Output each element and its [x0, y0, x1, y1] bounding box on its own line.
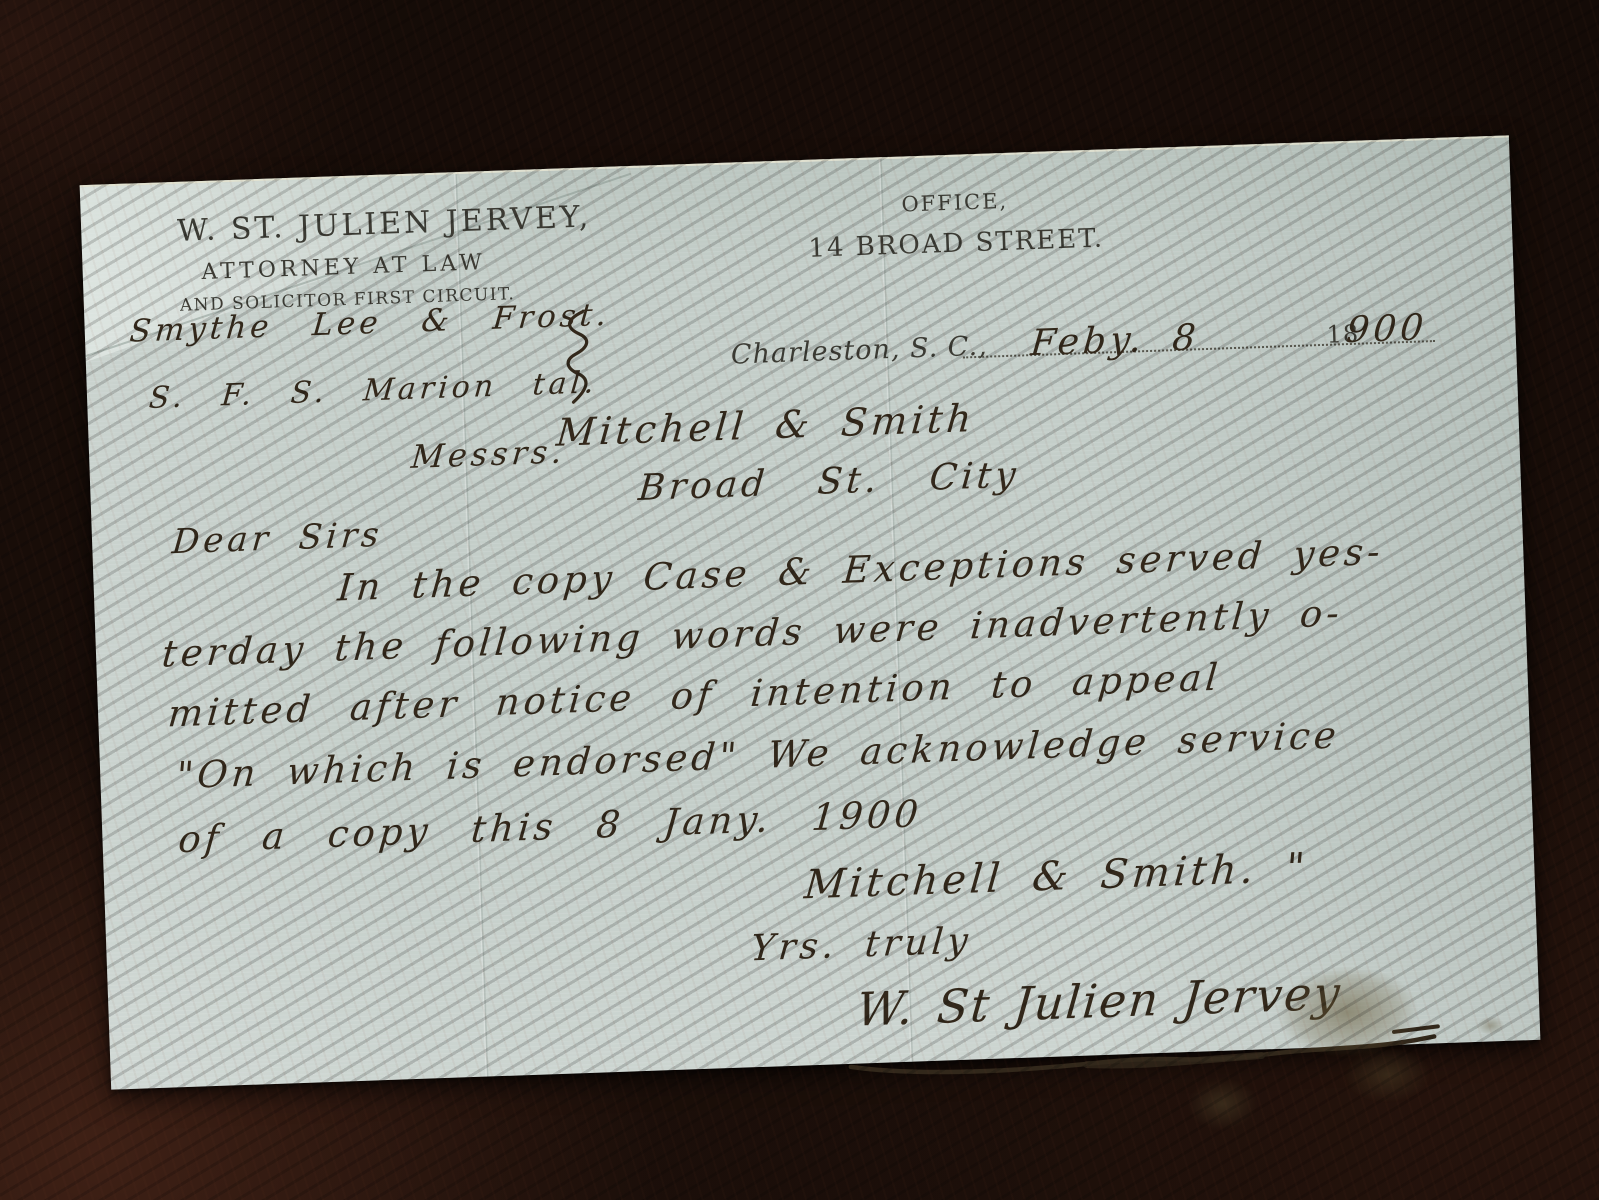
letterhead-title: ATTORNEY AT LAW — [178, 249, 509, 286]
letter-paper: W. ST. JULIEN JERVEY, ATTORNEY AT LAW AN… — [80, 135, 1541, 1089]
closing: Yrs. truly — [749, 920, 974, 969]
handwritten-year: 900 — [1344, 307, 1428, 351]
dateline-city: Charleston, S. C., — [730, 331, 988, 371]
recipient-address: Broad St. City — [637, 455, 1022, 509]
photo-of-letter: W. ST. JULIEN JERVEY, ATTORNEY AT LAW AN… — [0, 0, 1599, 1200]
case-notation-line2: S. F. S. Marion tal. — [148, 365, 600, 416]
dateline: Charleston, S. C., Feby. 8 18900 — [730, 290, 1442, 377]
recipient-name: Mitchell & Smith — [555, 396, 977, 455]
body-line-5: of a copy this 8 Jany. 1900 — [177, 792, 924, 861]
letterhead-left-block: W. ST. JULIEN JERVEY, ATTORNEY AT LAW AN… — [177, 202, 510, 315]
quoted-signature: Mitchell & Smith. " — [802, 845, 1310, 909]
recipient-prefix: Messrs. — [410, 432, 568, 476]
salutation: Dear Sirs — [170, 515, 384, 562]
letterhead-office-block: OFFICE, 14 BROAD STREET. — [804, 185, 1106, 263]
ink-smudge-speck — [1478, 1016, 1505, 1035]
letterhead-office-address: 14 BROAD STREET. — [806, 223, 1107, 263]
dateline-year: 18900 — [1326, 307, 1428, 351]
ink-smudge-small — [1187, 1077, 1259, 1131]
handwritten-date: Feby. 8 — [1029, 317, 1201, 364]
ink-squiggle-mark — [552, 309, 599, 406]
letterhead-office-label: OFFICE, — [804, 185, 1105, 219]
